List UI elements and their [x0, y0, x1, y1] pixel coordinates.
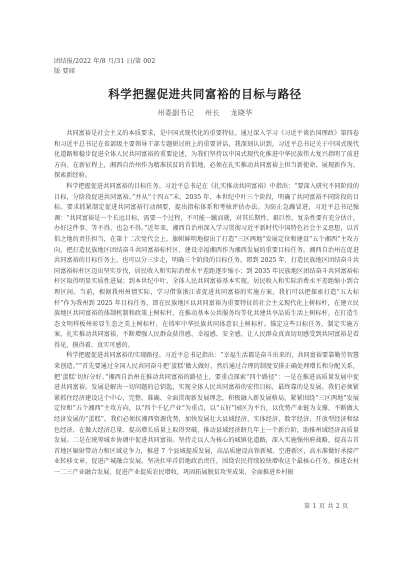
article-byline: 州委副书记 州长 龙晓华 [0, 108, 410, 118]
source-line-1: 团结报/2022 年/8 月/31 日/第 002 [54, 57, 155, 67]
author-position-1: 州委副书记 [157, 109, 194, 117]
source-info: 团结报/2022 年/8 月/31 日/第 002 版 要闻 [54, 57, 155, 77]
article-body: 共同富裕是社会主义的本质要求，是中国式现代化的重要特征。通过深入学习《习近平谈治… [54, 129, 359, 479]
paragraph-intro: 共同富裕是社会主义的本质要求，是中国式现代化的重要特征。通过深入学习《习近平谈治… [54, 129, 359, 182]
page-number: 第 1 页 共 2 页 [304, 501, 348, 510]
document-page: 团结报/2022 年/8 月/31 日/第 002 版 要闻 科学把握促进共同富… [0, 0, 410, 580]
author-name: 龙晓华 [230, 109, 252, 117]
article-title: 科学把握促进共同富裕的目标与路径 [0, 86, 410, 102]
paragraph-paths: 科学把握促进共同富裕的实现路径。习近平总书记指出：“幸福生活都是奋斗出来的，共同… [54, 351, 359, 478]
author-position-2: 州长 [205, 109, 220, 117]
paragraph-goals: 科学把握促进共同富裕的目标任务。习近平总书记在《扎实推动共同富裕》中指出：“要深… [54, 182, 359, 352]
source-line-2: 版 要闻 [54, 67, 155, 77]
